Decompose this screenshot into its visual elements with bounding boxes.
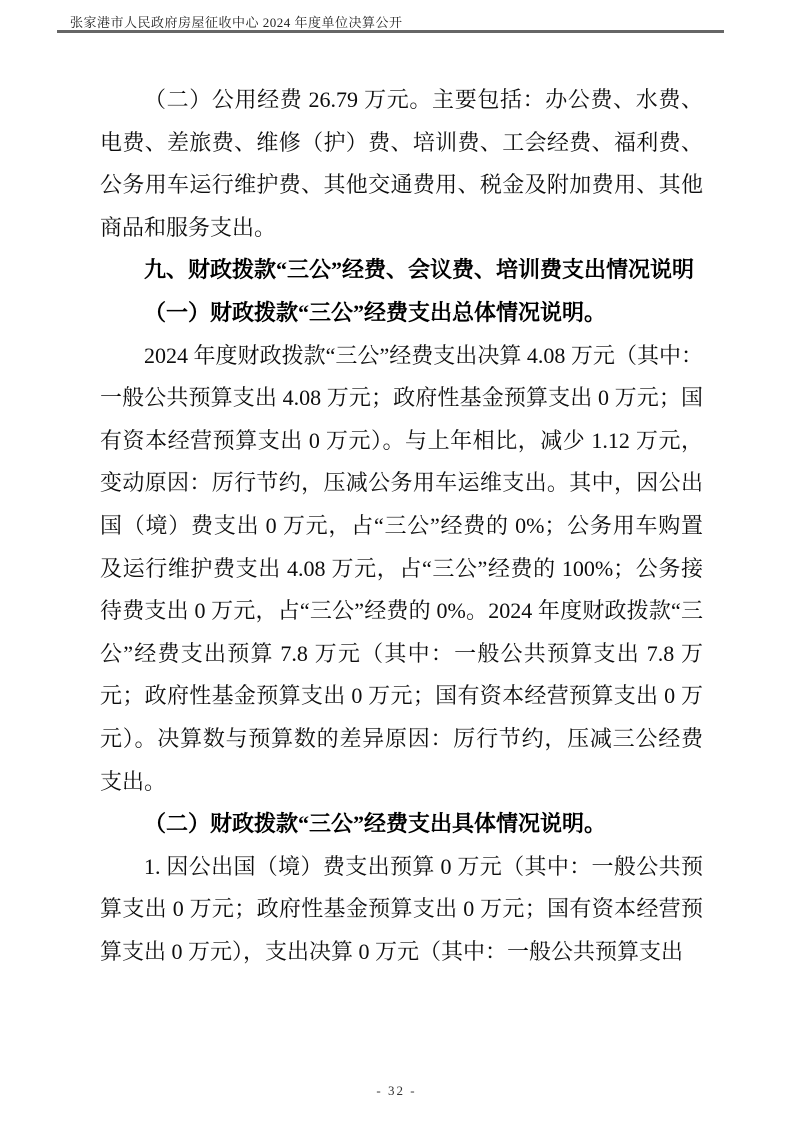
- document-body: （二）公用经费 26.79 万元。主要包括：办公费、水费、电费、差旅费、维修（护…: [100, 79, 703, 973]
- page-number: - 32 -: [376, 1083, 416, 1098]
- section-heading-nine: 九、财政拨款“三公”经费、会议费、培训费支出情况说明: [100, 249, 703, 292]
- subsection-heading-one: （一）财政拨款“三公”经费支出总体情况说明。: [100, 292, 703, 335]
- header-rule: [57, 30, 724, 33]
- paragraph-three-public-overview: 2024 年度财政拨款“三公”经费支出决算 4.08 万元（其中：一般公共预算支…: [100, 335, 703, 804]
- header-title: 张家港市人民政府房屋征收中心 2024 年度单位决算公开: [70, 12, 403, 31]
- page-footer: - 32 -: [0, 1082, 793, 1100]
- document-page: 张家港市人民政府房屋征收中心 2024 年度单位决算公开 （二）公用经费 26.…: [0, 0, 793, 1122]
- subsection-heading-two: （二）财政拨款“三公”经费支出具体情况说明。: [100, 803, 703, 846]
- paragraph-overseas-trips: 1. 因公出国（境）费支出预算 0 万元（其中：一般公共预算支出 0 万元；政府…: [100, 846, 703, 974]
- paragraph-public-expense: （二）公用经费 26.79 万元。主要包括：办公费、水费、电费、差旅费、维修（护…: [100, 79, 703, 249]
